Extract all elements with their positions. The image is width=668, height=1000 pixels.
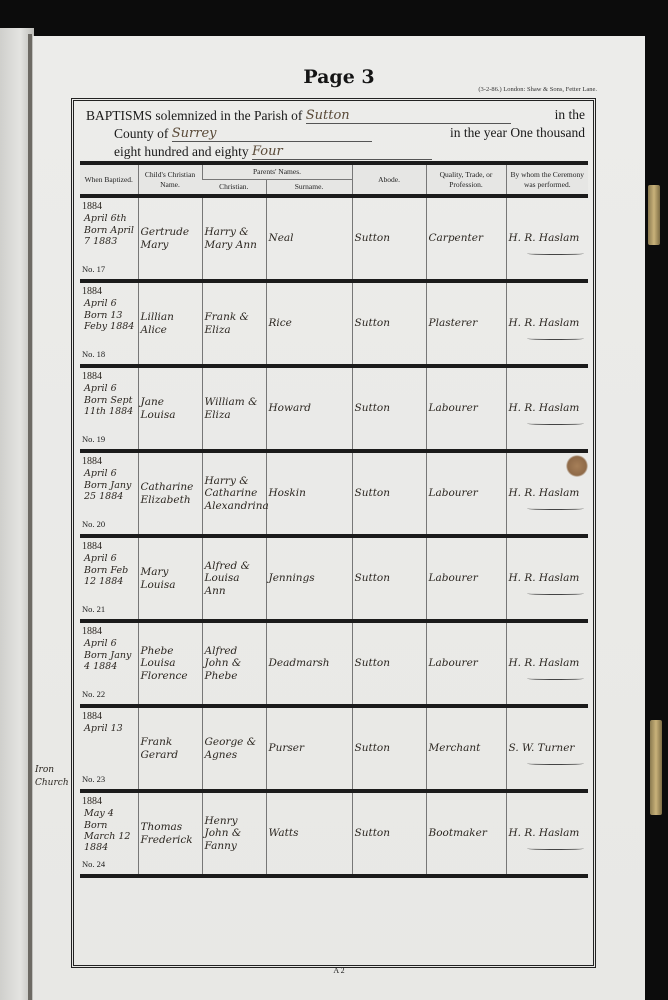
parents-christian: Alfred John & Phebe	[202, 621, 266, 706]
table-row: 1884 April 6Born 13 Feby 1884 No. 18 Lil…	[80, 281, 588, 366]
trade: Bootmaker	[426, 791, 506, 876]
table-row: 1884 April 6Born Sept 11th 1884 No. 19 J…	[80, 366, 588, 451]
abode: Sutton	[352, 791, 426, 876]
heading-suffix-1: in the	[555, 107, 585, 123]
col-child-name: Child's Christian Name.	[138, 163, 202, 196]
printer-imprint: (3-2-86.) London: Shaw & Sons, Fetter La…	[478, 86, 597, 93]
baptism-register-table: When Baptized. Child's Christian Name. P…	[80, 161, 588, 878]
when-baptized-cell: 1884 April 6Born Sept 11th 1884 No. 19	[80, 366, 138, 451]
child-name: Thomas Frederick	[138, 791, 202, 876]
register-heading: BAPTISMS solemnized in the Parish of Sut…	[82, 105, 585, 161]
page-signature-mark: A 2	[33, 966, 645, 975]
year-word: Four	[252, 144, 283, 159]
surname: Neal	[266, 196, 352, 281]
register-page: Page 3 (3-2-86.) London: Shaw & Sons, Fe…	[33, 36, 645, 1000]
page-title: Page 3	[33, 66, 645, 88]
abode: Sutton	[352, 196, 426, 281]
abode: Sutton	[352, 366, 426, 451]
when-baptized-cell: 1884 April 6Born 13 Feby 1884 No. 18	[80, 281, 138, 366]
trade: Plasterer	[426, 281, 506, 366]
table-row: 1884 April 6thBorn April 7 1883 No. 17 G…	[80, 196, 588, 281]
trade: Merchant	[426, 706, 506, 791]
surname: Deadmarsh	[266, 621, 352, 706]
abode: Sutton	[352, 281, 426, 366]
col-parents-christian: Christian.	[202, 180, 266, 197]
when-baptized-cell: 1884 May 4Born March 12 1884 No. 24	[80, 791, 138, 876]
parents-christian: Frank & Eliza	[202, 281, 266, 366]
when-baptized-cell: 1884 April 6thBorn April 7 1883 No. 17	[80, 196, 138, 281]
table-row: 1884 April 13 No. 23 Frank Gerard George…	[80, 706, 588, 791]
table-row: 1884 May 4Born March 12 1884 No. 24 Thom…	[80, 791, 588, 876]
register-frame: BAPTISMS solemnized in the Parish of Sut…	[71, 98, 596, 968]
county-name: Surrey	[172, 126, 217, 141]
trade: Labourer	[426, 451, 506, 536]
surname: Watts	[266, 791, 352, 876]
surname: Hoskin	[266, 451, 352, 536]
officiant: H. R. Haslam	[506, 791, 588, 876]
table-row: 1884 April 6Born Jany 25 1884 No. 20 Cat…	[80, 451, 588, 536]
child-name: Catharine Elizabeth	[138, 451, 202, 536]
heading-prefix-3: eight hundred and eighty	[114, 144, 249, 159]
parents-christian: Alfred & Louisa Ann	[202, 536, 266, 621]
officiant: H. R. Haslam	[506, 536, 588, 621]
trade: Labourer	[426, 366, 506, 451]
child-name: Gertrude Mary	[138, 196, 202, 281]
surname: Jennings	[266, 536, 352, 621]
entry-number: No. 24	[82, 859, 105, 869]
officiant: H. R. Haslam	[506, 366, 588, 451]
entry-number: No. 21	[82, 604, 105, 614]
entry-number: No. 18	[82, 349, 105, 359]
binder-hinge-top	[648, 185, 660, 245]
col-parents-surname: Surname.	[266, 180, 352, 197]
when-baptized-cell: 1884 April 6Born Jany 25 1884 No. 20	[80, 451, 138, 536]
child-name: Mary Louisa	[138, 536, 202, 621]
when-baptized-cell: 1884 April 6Born Jany 4 1884 No. 22	[80, 621, 138, 706]
binder-hinge-bottom	[650, 720, 662, 815]
parish-name: Sutton	[306, 108, 350, 123]
col-when-baptized: When Baptized.	[80, 163, 138, 196]
col-parents-names: Parents' Names.	[202, 163, 352, 180]
child-name: Lillian Alice	[138, 281, 202, 366]
parents-christian: Harry & Catharine Alexandrina	[202, 451, 266, 536]
col-quality-trade: Quality, Trade, or Profession.	[426, 163, 506, 196]
parents-christian: Henry John & Fanny	[202, 791, 266, 876]
parents-christian: Harry & Mary Ann	[202, 196, 266, 281]
heading-prefix-1: BAPTISMS solemnized in the Parish of	[86, 108, 302, 123]
trade: Carpenter	[426, 196, 506, 281]
ink-stain	[566, 455, 588, 477]
abode: Sutton	[352, 621, 426, 706]
surname: Rice	[266, 281, 352, 366]
when-baptized-cell: 1884 April 13 No. 23	[80, 706, 138, 791]
entry-number: No. 20	[82, 519, 105, 529]
when-baptized-cell: 1884 April 6Born Feb 12 1884 No. 21	[80, 536, 138, 621]
margin-note: Iron Church	[35, 764, 67, 789]
surname: Howard	[266, 366, 352, 451]
parents-christian: William & Eliza	[202, 366, 266, 451]
officiant: H. R. Haslam	[506, 281, 588, 366]
abode: Sutton	[352, 706, 426, 791]
officiant: S. W. Turner	[506, 706, 588, 791]
officiant: H. R. Haslam	[506, 196, 588, 281]
col-abode: Abode.	[352, 163, 426, 196]
heading-suffix-2: in the year One thousand	[450, 125, 585, 141]
child-name: Jane Louisa	[138, 366, 202, 451]
child-name: Frank Gerard	[138, 706, 202, 791]
col-officiant: By whom the Ceremony was performed.	[506, 163, 588, 196]
abode: Sutton	[352, 451, 426, 536]
book-spine	[28, 34, 32, 1000]
entry-number: No. 19	[82, 434, 105, 444]
trade: Labourer	[426, 536, 506, 621]
abode: Sutton	[352, 536, 426, 621]
entry-number: No. 23	[82, 774, 105, 784]
parents-christian: George & Agnes	[202, 706, 266, 791]
entry-number: No. 17	[82, 264, 105, 274]
table-row: 1884 April 6Born Jany 4 1884 No. 22 Pheb…	[80, 621, 588, 706]
officiant: H. R. Haslam	[506, 621, 588, 706]
child-name: Phebe Louisa Florence	[138, 621, 202, 706]
table-row: 1884 April 6Born Feb 12 1884 No. 21 Mary…	[80, 536, 588, 621]
trade: Labourer	[426, 621, 506, 706]
surname: Purser	[266, 706, 352, 791]
heading-prefix-2: County of	[114, 126, 168, 141]
entry-number: No. 22	[82, 689, 105, 699]
